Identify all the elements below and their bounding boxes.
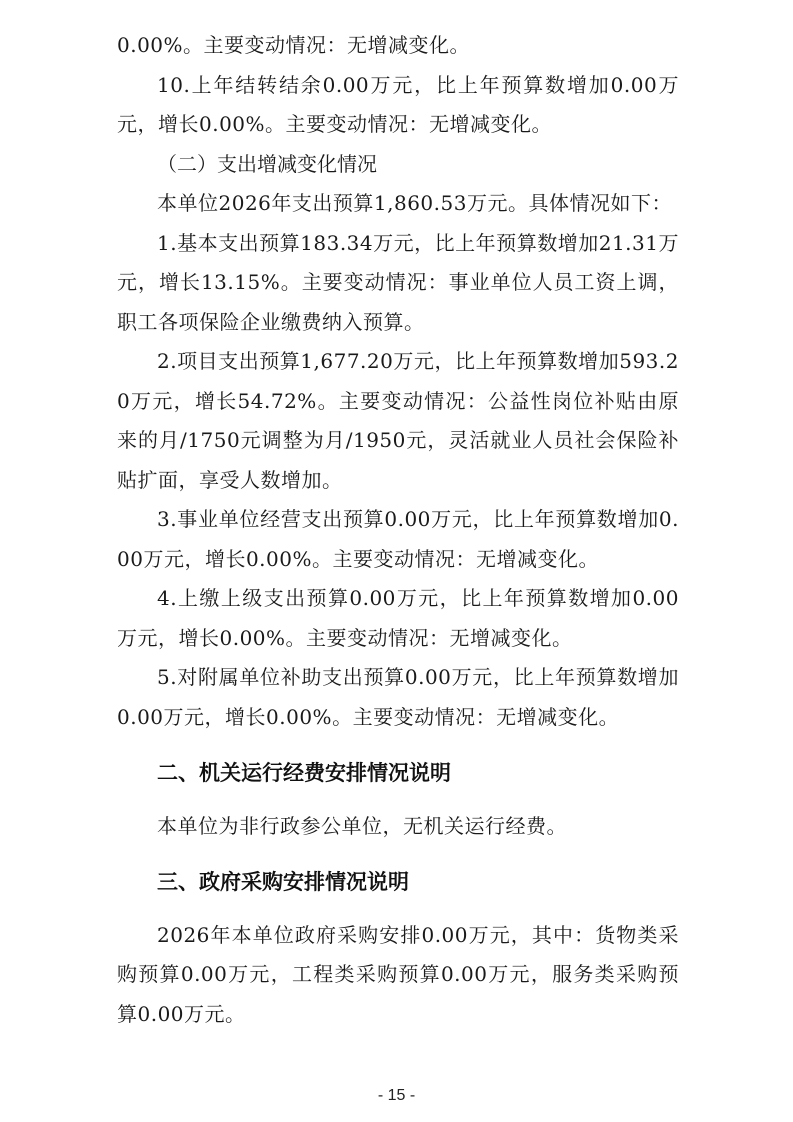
expense-intro: 本单位2026年支出预算1,860.53万元。具体情况如下：	[117, 184, 679, 224]
document-page: 0.00%。主要变动情况：无增减变化。 10.上年结转结余0.00万元，比上年预…	[117, 26, 679, 1034]
section-3-heading: 三、政府采购安排情况说明	[117, 863, 679, 903]
section-2-heading: 二、机关运行经费安排情况说明	[117, 754, 679, 794]
continuation-text: 0.00%。主要变动情况：无增减变化。	[117, 26, 679, 66]
expense-item-2: 2.项目支出预算1,677.20万元，比上年预算数增加593.20万元，增长54…	[117, 342, 679, 500]
expense-item-3: 3.事业单位经营支出预算0.00万元，比上年预算数增加0.00万元，增长0.00…	[117, 500, 679, 579]
page-number: - 15 -	[0, 1087, 793, 1105]
expense-item-1: 1.基本支出预算183.34万元，比上年预算数增加21.31万元，增长13.15…	[117, 224, 679, 343]
section-2-body: 本单位为非行政参公单位，无机关运行经费。	[117, 807, 679, 847]
expense-section-title: （二）支出增减变化情况	[117, 145, 679, 185]
expense-item-4: 4.上缴上级支出预算0.00万元，比上年预算数增加0.00万元，增长0.00%。…	[117, 579, 679, 658]
section-3-body: 2026年本单位政府采购安排0.00万元，其中：货物类采购预算0.00万元，工程…	[117, 916, 679, 1035]
expense-item-5: 5.对附属单位补助支出预算0.00万元，比上年预算数增加0.00万元，增长0.0…	[117, 658, 679, 737]
income-item-10: 10.上年结转结余0.00万元，比上年预算数增加0.00万元，增长0.00%。主…	[117, 66, 679, 145]
